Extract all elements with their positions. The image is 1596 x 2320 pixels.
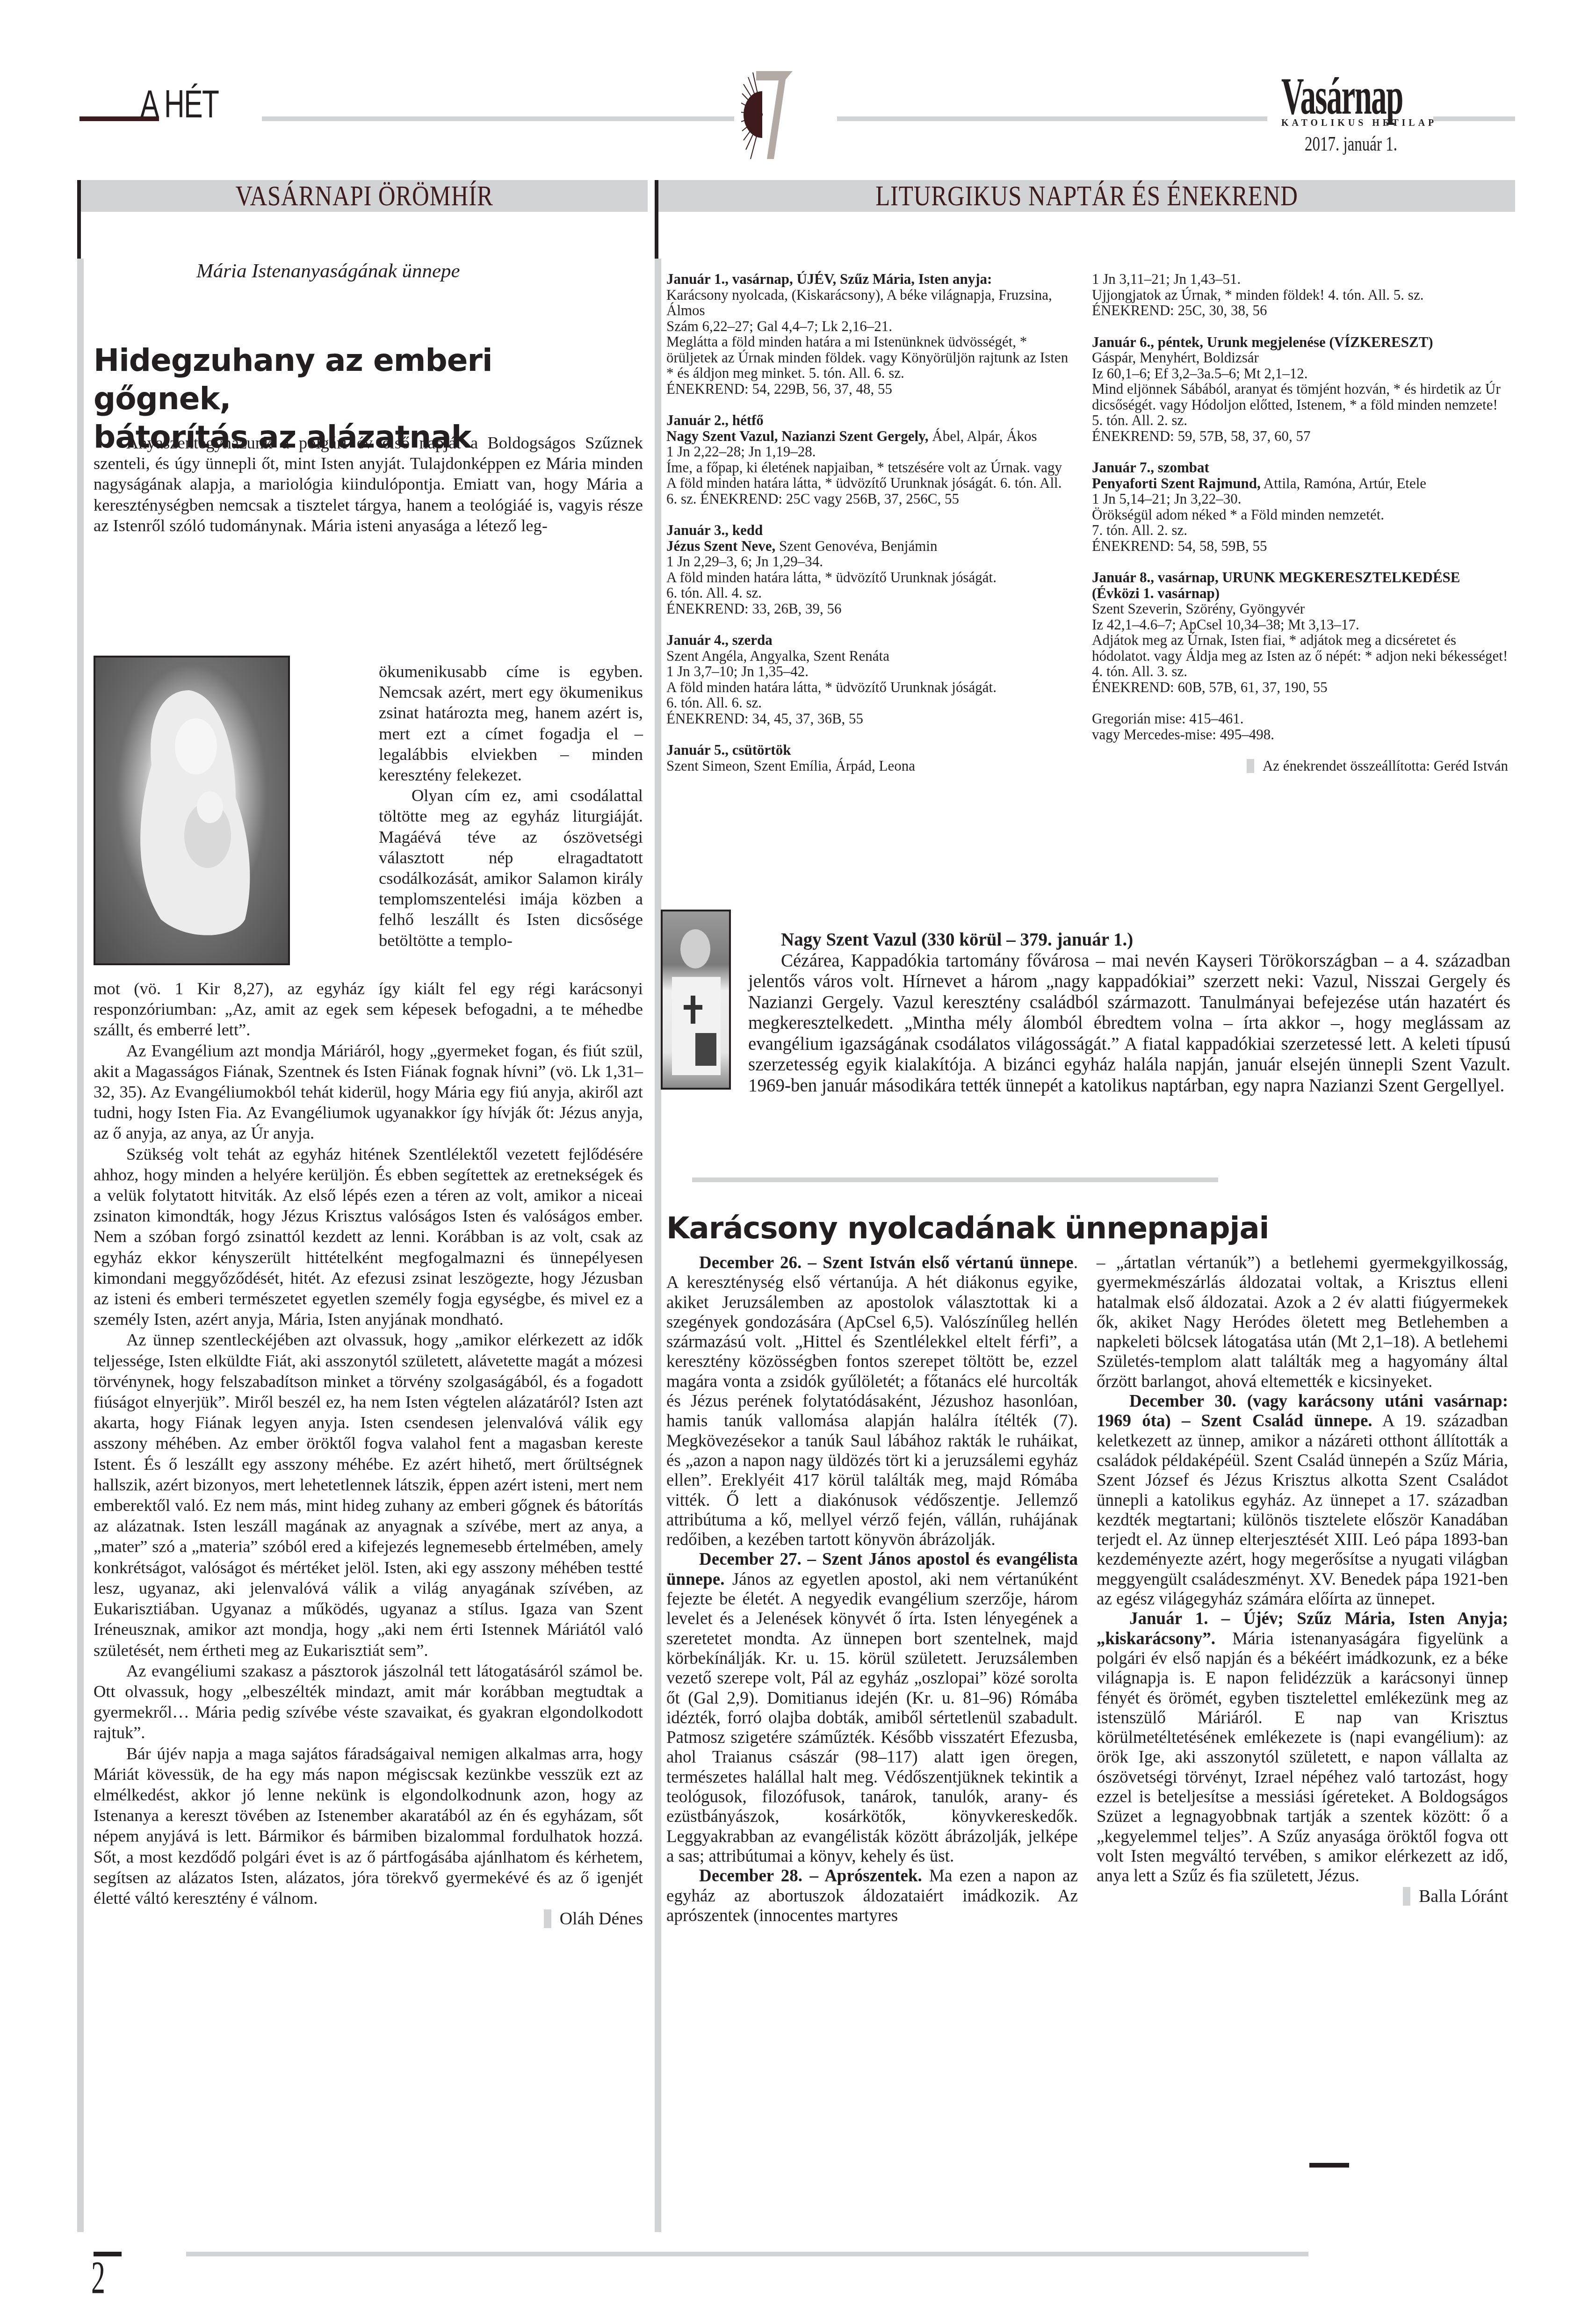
karacsony-author: Balla Lóránt [1097, 1886, 1508, 1906]
masthead-rule-mid [837, 116, 1267, 121]
article-kicker: Mária Istenanyaságának ünnepe [196, 260, 460, 282]
calendar-entry: Január 4., szerda Szent Angéla, Angyalka… [666, 632, 1069, 726]
karacsony-col2: – „ártatlan vértanúk”) a betlehemi gyerm… [1097, 1253, 1508, 1906]
section-label: A HÉT [140, 84, 219, 123]
article-wrap-text: ökumenikusabb címe is egyben. Nemcsak az… [379, 661, 643, 951]
saint-vazul-title: Nagy Szent Vazul (330 körül – 379. januá… [781, 930, 1510, 951]
column-rule-left [77, 259, 84, 2232]
divider-rule [692, 1178, 1218, 1182]
seven-sunburst-icon [741, 65, 797, 164]
section-header-naptar: LITURGIKUS NAPTÁR ÉS ÉNEKREND [655, 180, 1515, 212]
calendar-entry: Január 6., péntek, Urunk megjelenése (VÍ… [1092, 334, 1508, 444]
footer-bar-right [1309, 2163, 1349, 2168]
byline-marker [1247, 759, 1254, 773]
byline-marker [544, 1909, 551, 1928]
column-rule-dark-2 [655, 212, 658, 259]
calendar-entry: 1 Jn 3,11–21; Jn 1,43–51. Ujjongjatok az… [1092, 271, 1508, 318]
madonna-statue-photo [94, 656, 290, 965]
page-number: 2 [91, 2254, 105, 2301]
article-author: Oláh Dénes [94, 1908, 643, 1929]
section-header-oromhir: VASÁRNAPI ÖRÖMHÍR [77, 180, 648, 212]
liturgical-calendar-col2: 1 Jn 3,11–21; Jn 1,43–51. Ujjongjatok az… [1092, 271, 1508, 774]
issue-date: 2017. január 1. [1305, 132, 1397, 156]
article-body: mot (vö. 1 Kir 8,27), az egyház így kiál… [94, 978, 643, 1929]
masthead-rule-left [262, 116, 734, 121]
logo-title: Vasárnap [1281, 70, 1402, 123]
calendar-entry: Január 5., csütörtök Szent Simeon, Szent… [666, 742, 1069, 773]
liturgical-calendar-col1: Január 1., vasárnap, ÚJÉV, Szűz Mária, I… [666, 271, 1069, 789]
calendar-entry: Január 1., vasárnap, ÚJÉV, Szűz Mária, I… [666, 271, 1069, 397]
saint-basil-icon-image [661, 910, 731, 1090]
calendar-entry: Január 3., kedd Jézus Szent Neve, Szent … [666, 522, 1069, 616]
article-intro: Anyaszentegyházunk a polgári év első nap… [94, 433, 643, 536]
calendar-entry: Január 8., vasárnap, URUNK MEGKERESZTELK… [1092, 570, 1508, 695]
karacsony-headline: Karácsony nyolcadának ünnepnapjai [666, 1211, 1269, 1246]
masthead-rule-right [1433, 116, 1515, 121]
calendar-entry: Gregorián mise: 415–461. vagy Mercedes-m… [1092, 711, 1508, 742]
column-rule-middle [655, 259, 661, 2232]
calendar-credit: Az énekrendet összeállította: Geréd Istv… [1092, 758, 1508, 774]
footer-rule [186, 2252, 1308, 2256]
column-rule-dark [77, 212, 81, 259]
calendar-entry: Január 7., szombat Penyaforti Szent Rajm… [1092, 460, 1508, 554]
calendar-entry: Január 2., hétfő Nagy Szent Vazul, Nazia… [666, 412, 1069, 506]
byline-marker [1403, 1887, 1410, 1906]
karacsony-col1: December 26. – Szent István első vértanú… [666, 1253, 1078, 1926]
saint-vazul-box: Nagy Szent Vazul (330 körül – 379. januá… [748, 930, 1510, 1096]
